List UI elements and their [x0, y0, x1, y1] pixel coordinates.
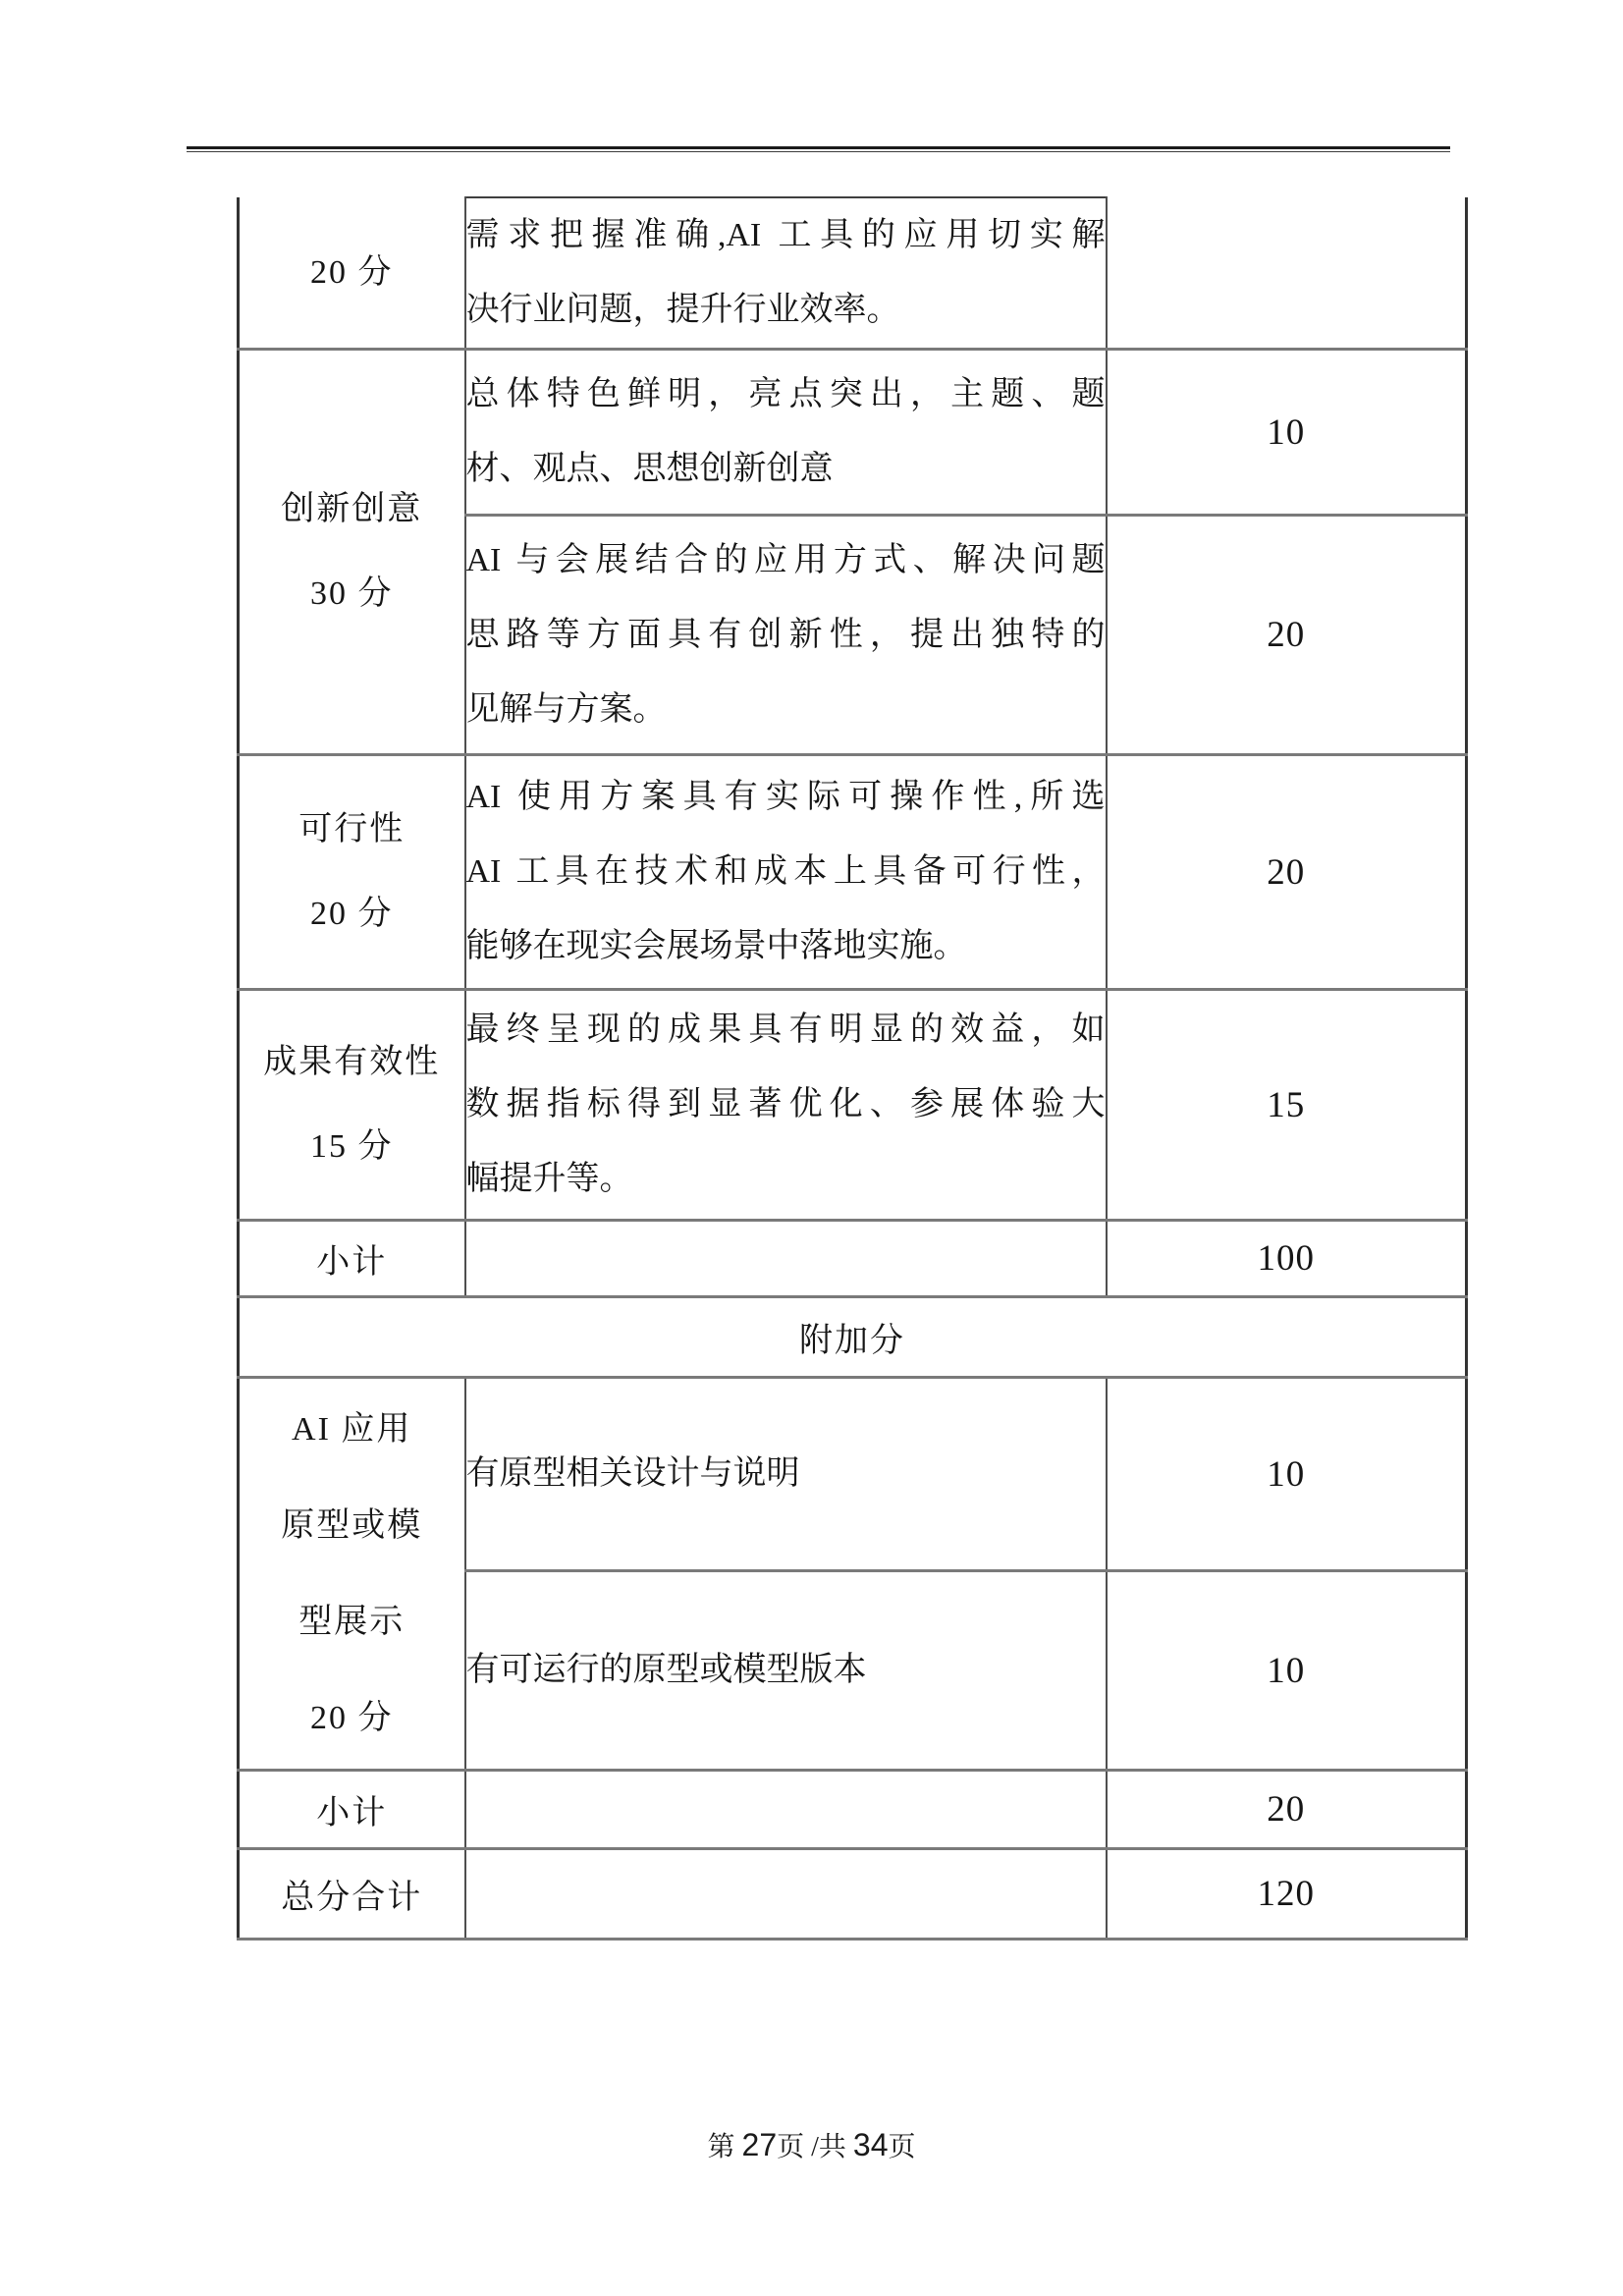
footer-total-pages: 34 — [853, 2127, 889, 2162]
empty-cell — [465, 1849, 1107, 1940]
total-label-cell: 总分合计 — [239, 1849, 465, 1940]
criterion-score-cell: 15 — [1107, 990, 1467, 1221]
criterion-score-cell: 10 — [1107, 1378, 1467, 1571]
bonus-section-header-cell: 附加分 — [239, 1297, 1467, 1378]
table-row: 20 分 需求把握准确,AI 工具的应用切实解决行业问题，提升行业效率。 — [239, 197, 1467, 350]
criterion-desc-cell: 最终呈现的成果具有明显的效益，如数据指标得到显著优化、参展体验大幅提升等。 — [465, 990, 1107, 1221]
criterion-desc-cell: AI 使用方案具有实际可操作性,所选AI 工具在技术和成本上具备可行性，能够在现… — [465, 755, 1107, 990]
table-row: 小计 20 — [239, 1771, 1467, 1849]
footer-suffix: 页 — [888, 2132, 915, 2162]
criterion-desc-cell: 有可运行的原型或模型版本 — [465, 1571, 1107, 1771]
criterion-score-cell — [1107, 197, 1467, 350]
criterion-desc-cell: 总体特色鲜明，亮点突出，主题、题材、观点、思想创新创意 — [465, 350, 1107, 516]
criterion-score-cell: 10 — [1107, 1571, 1467, 1771]
footer-page-number: 27 — [742, 2127, 778, 2162]
criterion-score-cell: 20 — [1107, 755, 1467, 990]
table-row: 总分合计 120 — [239, 1849, 1467, 1940]
subtotal-label-cell: 小计 — [239, 1221, 465, 1297]
empty-cell — [465, 1771, 1107, 1849]
table-row: 附加分 — [239, 1297, 1467, 1378]
score-table: 20 分 需求把握准确,AI 工具的应用切实解决行业问题，提升行业效率。 创新创… — [237, 196, 1468, 1941]
empty-cell — [465, 1221, 1107, 1297]
footer-separator: 页 /共 — [777, 2132, 853, 2162]
subtotal-score-cell: 100 — [1107, 1221, 1467, 1297]
criterion-score-cell: 20 — [1107, 516, 1467, 755]
table-row: 小计 100 — [239, 1221, 1467, 1297]
criterion-desc-cell: AI 与会展结合的应用方式、解决问题思路等方面具有创新性，提出独特的见解与方案。 — [465, 516, 1107, 755]
table-row: 可行性 20 分 AI 使用方案具有实际可操作性,所选AI 工具在技术和成本上具… — [239, 755, 1467, 990]
table-row: AI 应用 原型或模 型展示 20 分 有原型相关设计与说明 10 — [239, 1378, 1467, 1571]
total-score-cell: 120 — [1107, 1849, 1467, 1940]
criterion-label-cell: 成果有效性 15 分 — [239, 990, 465, 1221]
criterion-label-cell: 20 分 — [239, 197, 465, 350]
subtotal-score-cell: 20 — [1107, 1771, 1467, 1849]
footer-prefix: 第 — [708, 2132, 742, 2162]
criterion-desc-cell: 需求把握准确,AI 工具的应用切实解决行业问题，提升行业效率。 — [465, 197, 1107, 350]
criterion-label-cell: AI 应用 原型或模 型展示 20 分 — [239, 1378, 465, 1771]
criterion-score-cell: 10 — [1107, 350, 1467, 516]
page-footer: 第 27页 /共 34页 — [0, 2123, 1623, 2169]
subtotal-label-cell: 小计 — [239, 1771, 465, 1849]
header-rule — [187, 146, 1450, 152]
criterion-label-cell: 可行性 20 分 — [239, 755, 465, 990]
criterion-desc-cell: 有原型相关设计与说明 — [465, 1378, 1107, 1571]
table-row: 成果有效性 15 分 最终呈现的成果具有明显的效益，如数据指标得到显著优化、参展… — [239, 990, 1467, 1221]
table-row: 创新创意 30 分 总体特色鲜明，亮点突出，主题、题材、观点、思想创新创意 10 — [239, 350, 1467, 516]
criterion-label-cell: 创新创意 30 分 — [239, 350, 465, 755]
document-page: 20 分 需求把握准确,AI 工具的应用切实解决行业问题，提升行业效率。 创新创… — [0, 0, 1623, 2296]
